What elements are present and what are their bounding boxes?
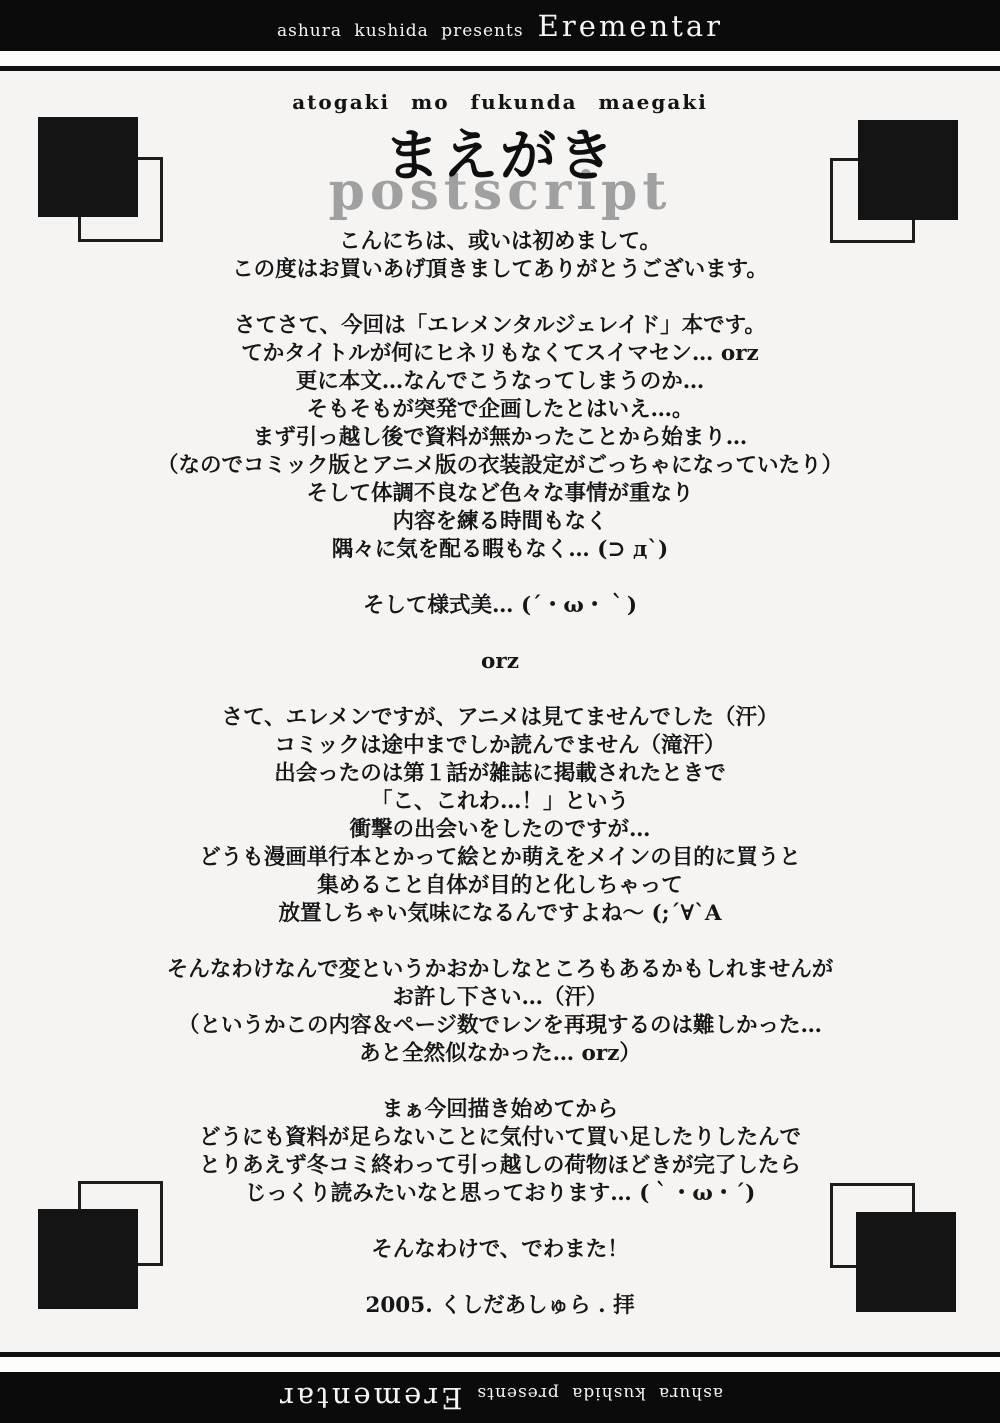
body-line: どうも漫画単行本とかって絵とか萌えをメインの目的に買うと xyxy=(0,844,1000,872)
body-line: （というかこの内容＆ページ数でレンを再現するのは難しかった… xyxy=(0,1012,1000,1040)
doujin-afterword-page: ashura kushida presents Erementar atogak… xyxy=(0,0,1000,1423)
body-line xyxy=(0,284,1000,312)
body-line: 隅々に気を配る暇もなく… (⊃ д`) xyxy=(0,536,1000,564)
body-line xyxy=(0,676,1000,704)
body-line: とりあえず冬コミ終わって引っ越しの荷物ほどきが完了したら xyxy=(0,1152,1000,1180)
page-title: まえがき xyxy=(0,126,1000,188)
subtitle-romaji: atogaki mo fukunda maegaki xyxy=(0,90,1000,114)
body-line: 衝撃の出会いをしたのですが… xyxy=(0,816,1000,844)
body-line: まず引っ越し後で資料が無かったことから始まり… xyxy=(0,424,1000,452)
body-line: てかタイトルが何にヒネリもなくてスイマセン… orz xyxy=(0,340,1000,368)
header-presenter-text: ashura kushida presents xyxy=(277,21,524,41)
body-line: orz xyxy=(0,648,1000,676)
footer-title-text: Erementar xyxy=(277,1381,462,1415)
bottom-white-stripe xyxy=(0,1357,1000,1372)
body-line: あと全然似なかった… orz） xyxy=(0,1040,1000,1068)
body-line: こんにちは、或いは初めまして。 xyxy=(0,228,1000,256)
top-rule-line xyxy=(0,66,1000,71)
body-line xyxy=(0,620,1000,648)
body-line xyxy=(0,928,1000,956)
body-line: さてさて、今回は「エレメンタルジェレイド」本です。 xyxy=(0,312,1000,340)
body-line: 出会ったのは第１話が雑誌に掲載されたときで xyxy=(0,760,1000,788)
body-line: コミックは途中までしか読んでません（滝汗） xyxy=(0,732,1000,760)
body-line xyxy=(0,564,1000,592)
body-line: 「こ、これわ…！」という xyxy=(0,788,1000,816)
body-line: 集めること自体が目的と化しちゃって xyxy=(0,872,1000,900)
body-line: そんなわけなんで変というかおかしなところもあるかもしれませんが xyxy=(0,956,1000,984)
body-line: （なのでコミック版とアニメ版の衣装設定がごっちゃになっていたり） xyxy=(0,452,1000,480)
body-line xyxy=(0,1264,1000,1292)
header-title-text: Erementar xyxy=(538,9,723,43)
header-banner-text: ashura kushida presents Erementar xyxy=(277,9,723,43)
header-banner-bar: ashura kushida presents Erementar xyxy=(0,0,1000,51)
body-line: さて、エレメンですが、アニメは見てませんでした（汗） xyxy=(0,704,1000,732)
body-line: そもそもが突発で企画したとはいえ…。 xyxy=(0,396,1000,424)
body-line xyxy=(0,1068,1000,1096)
body-line: 2005. くしだあしゅら . 拝 xyxy=(0,1292,1000,1320)
body-line: まぁ今回描き始めてから xyxy=(0,1096,1000,1124)
footer-presenter-text: ashura kushida presents xyxy=(476,1383,723,1403)
body-line: そして様式美… (´・ω・｀) xyxy=(0,592,1000,620)
body-line: じっくり読みたいなと思っております… (｀・ω・´) xyxy=(0,1180,1000,1208)
footer-banner-bar: ashura kushida presents Erementar xyxy=(0,1372,1000,1423)
body-line xyxy=(0,1208,1000,1236)
body-line: そして体調不良など色々な事情が重なり xyxy=(0,480,1000,508)
body-line: この度はお買いあげ頂きましてありがとうございます。 xyxy=(0,256,1000,284)
footer-banner-text-flipped: ashura kushida presents Erementar xyxy=(277,1381,723,1415)
body-line: お許し下さい…（汗） xyxy=(0,984,1000,1012)
afterword-body: こんにちは、或いは初めまして。この度はお買いあげ頂きましてありがとうございます。… xyxy=(0,228,1000,1320)
body-line: 内容を練る時間もなく xyxy=(0,508,1000,536)
body-line: 放置しちゃい気味になるんですよね〜 (;´∀`A xyxy=(0,900,1000,928)
body-line: そんなわけで、でわまた！ xyxy=(0,1236,1000,1264)
body-line: どうにも資料が足らないことに気付いて買い足したりしたんで xyxy=(0,1124,1000,1152)
top-white-stripe xyxy=(0,51,1000,66)
body-line: 更に本文…なんでこうなってしまうのか… xyxy=(0,368,1000,396)
